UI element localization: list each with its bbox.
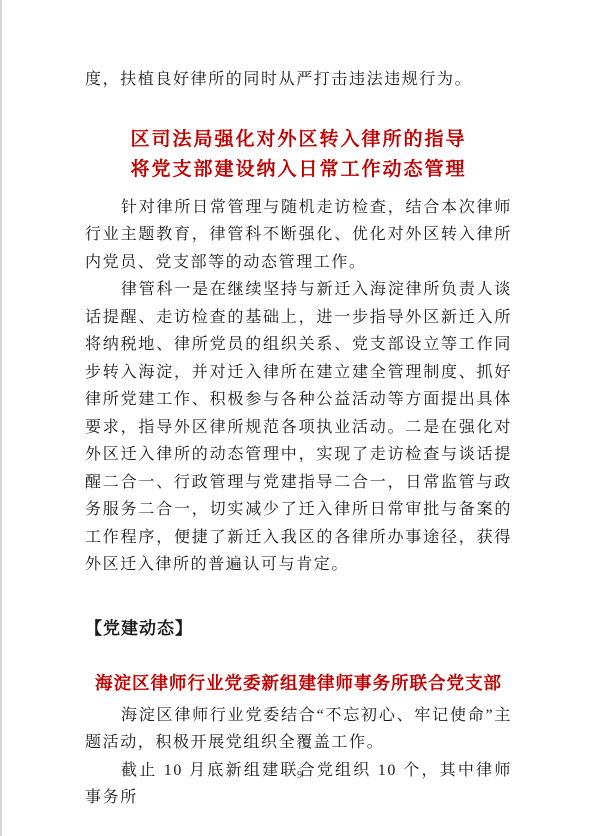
page-number: 9 [2,770,597,781]
section-marker-party-building: 【党建动态】 [85,617,512,641]
article1-body: 针对律所日常管理与随机走访检查，结合本次律师行业主题教育，律管科不断强化、优化对… [85,194,512,579]
article2-paragraph-1: 海淀区律师行业党委结合“不忘初心、牢记使命”主题活动，积极开展党组织全覆盖工作。 [85,702,512,757]
article2-title: 海淀区律师行业党委新组建律师事务所联合党支部 [85,670,512,696]
article2-paragraph-2: 截止 10 月底新组建联合党组织 10 个，其中律师事务所 [85,757,512,812]
article1-title: 区司法局强化对外区转入律所的指导 将党支部建设纳入日常工作动态管理 [85,125,512,185]
article2-body: 海淀区律师行业党委结合“不忘初心、牢记使命”主题活动，积极开展党组织全覆盖工作。… [85,702,512,812]
article1-title-line2: 将党支部建设纳入日常工作动态管理 [85,155,512,185]
page-content: 度，扶植良好律所的同时从严打击违法违规行为。 区司法局强化对外区转入律所的指导 … [2,0,597,812]
article1-paragraph-1: 针对律所日常管理与随机走访检查，结合本次律师行业主题教育，律管科不断强化、优化对… [85,194,512,277]
continuation-paragraph: 度，扶植良好律所的同时从严打击违法违规行为。 [85,66,512,94]
article1-paragraph-2: 律管科一是在继续坚持与新迁入海淀律所负责人谈话提醒、走访检查的基础上，进一步指导… [85,276,512,579]
document-page: 度，扶植良好律所的同时从严打击违法违规行为。 区司法局强化对外区转入律所的指导 … [0,0,597,836]
article1-title-line1: 区司法局强化对外区转入律所的指导 [85,125,512,155]
